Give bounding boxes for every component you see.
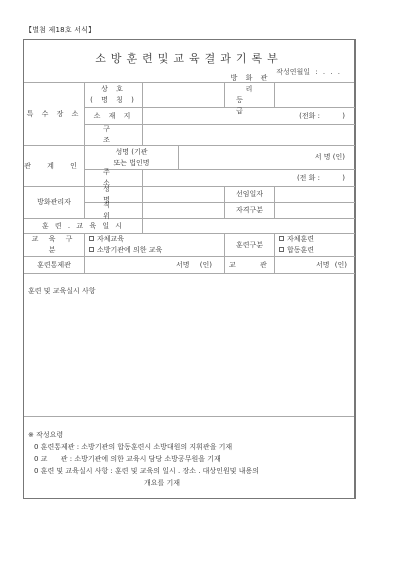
- stakeholder-name-label-line1: 성명 (기관: [115, 147, 147, 158]
- education-type-self-label: 자체교육: [97, 235, 124, 243]
- writing-guide: ※ 작성요령 0 훈련통제관 : 소방기관의 합동훈련시 소방대원의 지휘관을 …: [24, 417, 354, 498]
- appointed-date-label-text: 선임일자: [236, 189, 263, 200]
- education-type-fire-agency-option[interactable]: 소방기관에 의한 교육: [89, 245, 162, 256]
- form-number-tag: 【별첨 제18호 서식】: [25, 25, 95, 35]
- controller-signature-field[interactable]: 서명 (인): [85, 257, 225, 274]
- manager-position-field[interactable]: [143, 203, 225, 219]
- structure-label: 구 조: [85, 125, 143, 146]
- training-type-self-option[interactable]: 자체훈련: [279, 234, 314, 245]
- date-written-field[interactable]: 작성연월일 : . . .: [276, 67, 340, 77]
- business-name-field[interactable]: [143, 83, 225, 108]
- appointed-date-label: 선임일자: [225, 187, 275, 203]
- controller-label-text: 훈련통제관: [37, 260, 71, 271]
- stakeholder-phone-text: (전 화 : ): [297, 173, 345, 184]
- training-type-joint-label: 합동훈련: [287, 246, 314, 254]
- education-type-fire-agency-label: 소방기관에 의한 교육: [97, 246, 162, 254]
- education-type-options: 자체교육 소방기관에 의한 교육: [85, 234, 225, 257]
- training-type-label: 훈련구분: [225, 234, 275, 257]
- training-type-options: 자체훈련 합동훈련: [275, 234, 355, 257]
- address-label-text: 소 재 지: [94, 111, 134, 122]
- controller-label: 훈련통제관: [24, 257, 85, 274]
- stakeholder-signature-field[interactable]: 서 명 (인): [179, 146, 355, 170]
- fire-manager-label: 방화관리자: [24, 187, 85, 219]
- fire-grade-label-line1: 방 화 관 리: [227, 73, 274, 95]
- stakeholder-address-field[interactable]: (전 화 : ): [143, 170, 355, 187]
- business-name-label-line1: 상 호: [101, 84, 126, 95]
- address-label: 소 재 지: [85, 108, 143, 125]
- fire-grade-label: 방 화 관 리 등 급: [225, 83, 275, 108]
- qualification-label-text: 자격구분: [236, 205, 263, 216]
- address-field[interactable]: (전화 : ): [143, 108, 355, 125]
- guide-item-instructor: 0 교 관 : 소방기관에 의한 교육시 담당 소방공무원을 기재: [34, 454, 221, 464]
- stakeholder-label: 관 계 인: [24, 146, 85, 187]
- qualification-label: 자격구분: [225, 203, 275, 219]
- training-details-label: 훈련 및 교육실시 사항: [28, 286, 96, 296]
- manager-position-label: 직 위: [85, 203, 143, 219]
- stakeholder-label-text: 관 계 인: [24, 161, 84, 172]
- training-type-label-text: 훈련구분: [236, 240, 263, 251]
- checkbox-icon[interactable]: [89, 236, 94, 241]
- guide-item-controller: 0 훈련통제관 : 소방기관의 합동훈련시 소방대원의 지휘관을 기재: [34, 442, 232, 452]
- checkbox-icon[interactable]: [279, 236, 284, 241]
- fire-manager-label-text: 방화관리자: [37, 197, 71, 208]
- checkbox-icon[interactable]: [89, 247, 94, 252]
- business-name-label: 상 호 ( 명 칭 ): [85, 83, 143, 108]
- record-form: 소방훈련및교육결과기록부 작성연월일 : . . . 특 수 장 소 상 호 (…: [23, 39, 356, 499]
- instructor-signature-text: 서명 (인): [316, 260, 347, 271]
- structure-label-text: 구 조: [85, 124, 142, 146]
- guide-item-training-details: 0 훈련 및 교육실시 사항 : 훈련 및 교육의 일시 . 장소 . 대상인원…: [34, 466, 259, 476]
- controller-signature-text: 서명 (인): [176, 260, 212, 271]
- education-type-self-option[interactable]: 자체교육: [89, 234, 124, 245]
- stakeholder-signature-text: 서 명 (인): [315, 152, 345, 163]
- instructor-signature-field[interactable]: 서명 (인): [275, 257, 355, 274]
- special-place-label: 특 수 장 소: [24, 83, 85, 146]
- training-type-joint-option[interactable]: 합동훈련: [279, 245, 314, 256]
- checkbox-icon[interactable]: [279, 247, 284, 252]
- instructor-label: 교 관: [225, 257, 275, 274]
- education-type-label-text: 교 육 구 분: [24, 234, 84, 256]
- title-block: 소방훈련및교육결과기록부 작성연월일 : . . .: [24, 40, 354, 83]
- address-phone-text: (전화 : ): [299, 111, 345, 122]
- education-type-label: 교 육 구 분: [24, 234, 85, 257]
- training-datetime-label: 훈 련 . 교 육 일 시: [24, 219, 143, 234]
- structure-field[interactable]: [143, 125, 355, 146]
- training-datetime-label-text: 훈 련 . 교 육 일 시: [42, 221, 124, 232]
- training-details-area[interactable]: 훈련 및 교육실시 사항: [24, 274, 354, 417]
- qualification-field[interactable]: [275, 203, 355, 219]
- training-datetime-field[interactable]: [143, 219, 355, 234]
- training-type-self-label: 자체훈련: [287, 235, 314, 243]
- writing-guide-title: ※ 작성요령: [28, 430, 63, 440]
- fire-grade-field[interactable]: [275, 83, 355, 108]
- business-name-label-line2: ( 명 칭 ): [90, 95, 137, 106]
- manager-name-field[interactable]: [143, 187, 225, 203]
- appointed-date-field[interactable]: [275, 187, 355, 203]
- special-place-label-text: 특 수 장 소: [27, 109, 82, 120]
- guide-item-continuation: 개요를 기재: [144, 478, 180, 488]
- form-title: 소방훈련및교육결과기록부: [24, 50, 354, 66]
- instructor-label-text: 교 관: [229, 260, 267, 271]
